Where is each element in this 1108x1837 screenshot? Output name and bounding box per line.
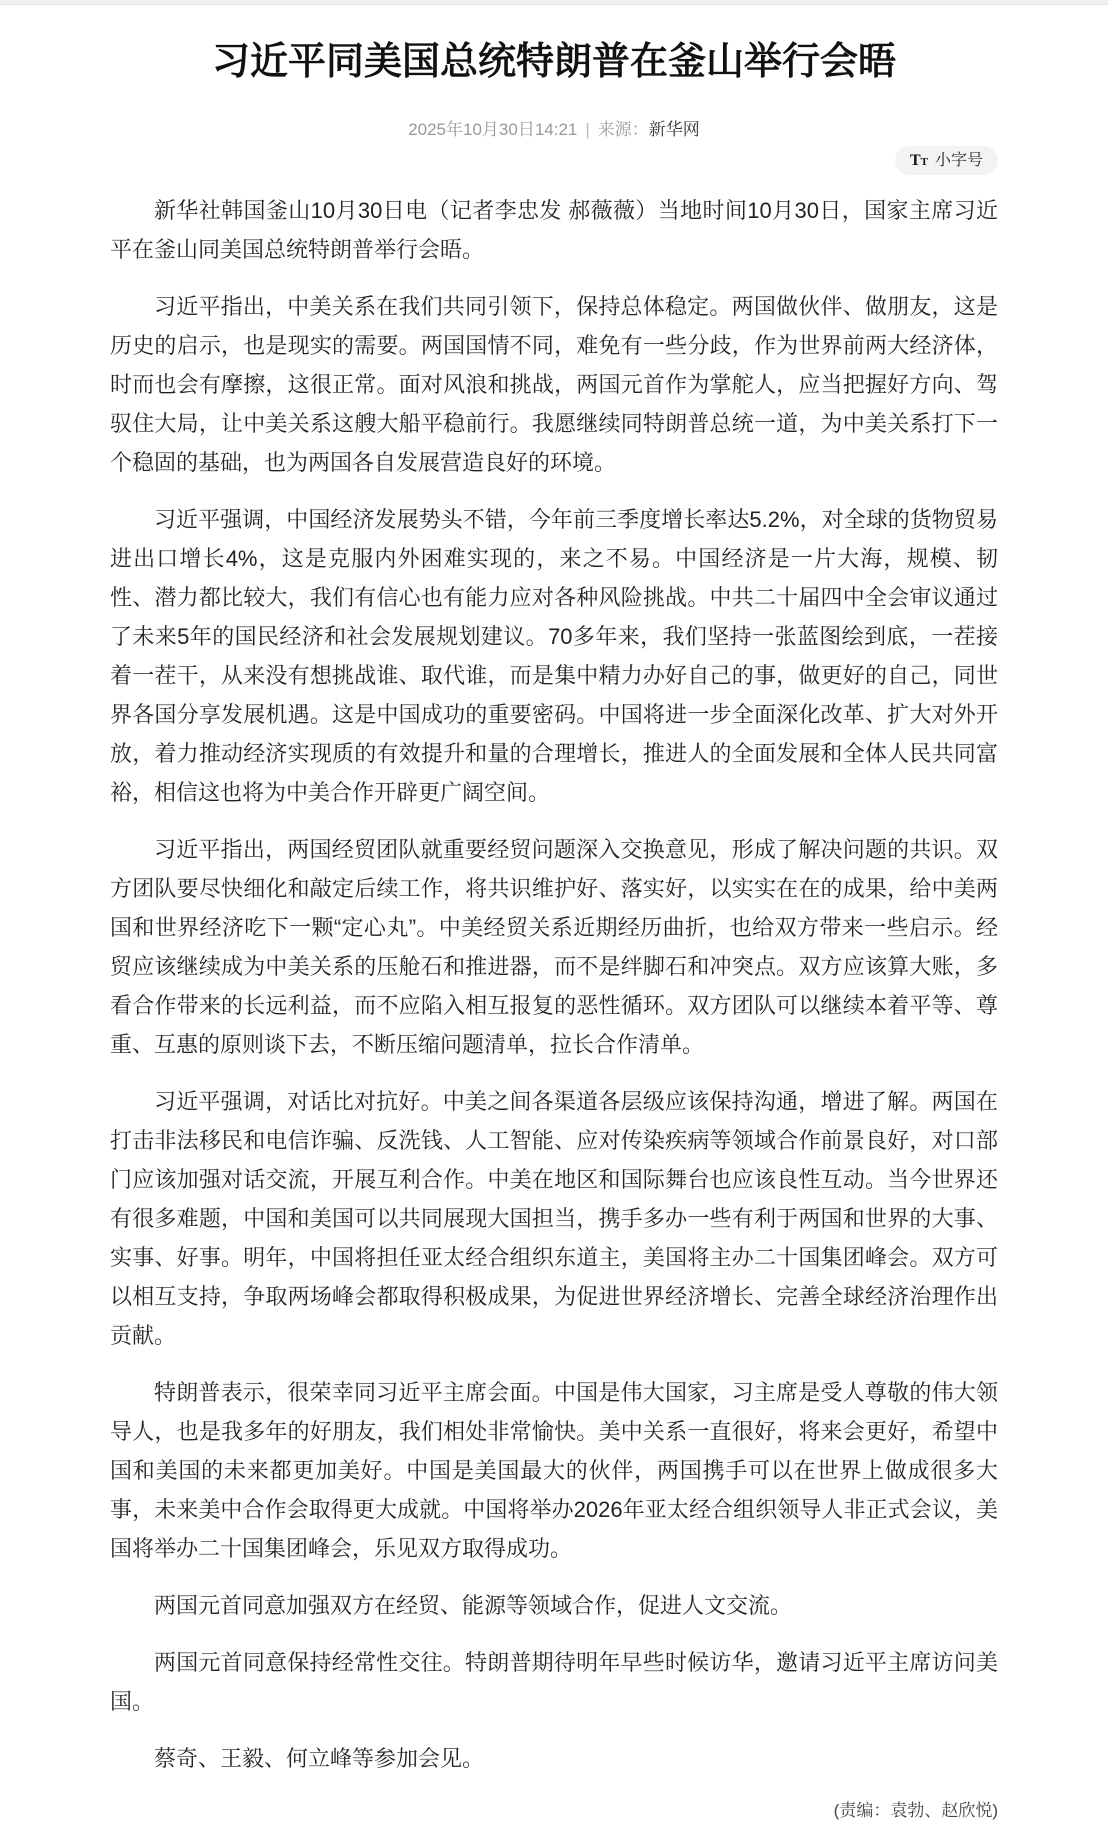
article-meta: 2025年10月30日14:21|来源：新华网 [110,115,998,140]
article-title: 习近平同美国总统特朗普在釜山举行会晤 [110,39,998,87]
article-paragraph: 两国元首同意保持经常性交往。特朗普期待明年早些时候访华，邀请习近平主席访问美国。 [110,1643,998,1721]
font-size-control-row: TT 小字号 [110,146,998,175]
article-paragraph: 习近平强调，中国经济发展势头不错，今年前三季度增长率达5.2%，对全球的货物贸易… [110,500,998,812]
article-container: 习近平同美国总统特朗普在釜山举行会晤 2025年10月30日14:21|来源：新… [110,5,998,1837]
source-link[interactable]: 新华网 [649,120,700,139]
font-size-label: 小字号 [935,151,983,170]
article-paragraph: 习近平强调，对话比对抗好。中美之间各渠道各层级应该保持沟通，增进了解。两国在打击… [110,1082,998,1355]
article-body: 新华社韩国釜山10月30日电（记者李忠发 郝薇薇）当地时间10月30日，国家主席… [110,191,998,1778]
editor-note: (责编：袁勃、赵欣悦) [110,1796,998,1837]
article-paragraph: 新华社韩国釜山10月30日电（记者李忠发 郝薇薇）当地时间10月30日，国家主席… [110,191,998,269]
font-size-button[interactable]: TT 小字号 [895,146,998,175]
article-paragraph: 两国元首同意加强双方在经贸、能源等领域合作，促进人文交流。 [110,1586,998,1625]
article-paragraph: 习近平指出，两国经贸团队就重要经贸问题深入交换意见，形成了解决问题的共识。双方团… [110,830,998,1064]
article-paragraph: 习近平指出，中美关系在我们共同引领下，保持总体稳定。两国做伙伴、做朋友，这是历史… [110,287,998,482]
article-paragraph: 蔡奇、王毅、何立峰等参加会见。 [110,1739,998,1778]
article-paragraph: 特朗普表示，很荣幸同习近平主席会面。中国是伟大国家，习主席是受人尊敬的伟大领导人… [110,1373,998,1568]
meta-separator: | [585,120,589,139]
font-size-icon: TT [910,151,928,170]
source-label: 来源： [598,120,649,139]
publish-date: 2025年10月30日14:21 [408,120,577,139]
